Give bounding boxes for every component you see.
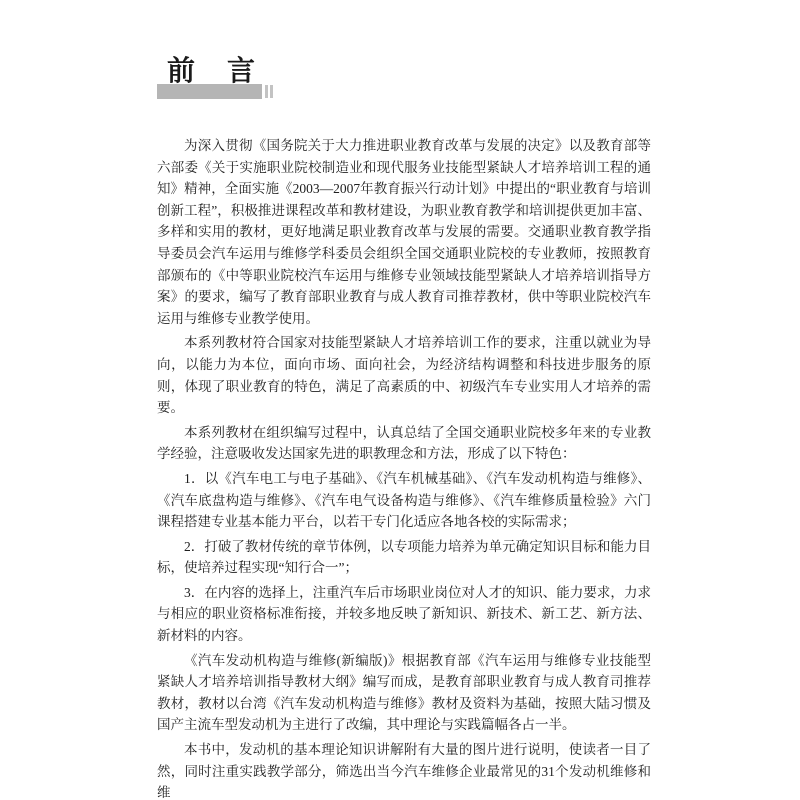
tick-mark xyxy=(265,85,268,98)
preface-body: 为深入贯彻《国务院关于大力推进职业教育改革与发展的决定》以及教育部等六部委《关于… xyxy=(157,135,651,800)
tick-mark xyxy=(270,85,273,98)
paragraph: 2．打破了教材传统的章节体例，以专项能力培养为单元确定知识目标和能力目标，使培养… xyxy=(157,536,651,579)
page-content: 前 言 为深入贯彻《国务院关于大力推进职业教育改革与发展的决定》以及教育部等六部… xyxy=(157,52,651,800)
page-title: 前 言 xyxy=(167,53,257,90)
paragraph: 《汽车发动机构造与维修(新编版)》根据教育部《汽车运用与维修专业技能型紧缺人才培… xyxy=(157,650,651,736)
title-decorative-ticks-icon xyxy=(265,85,273,98)
paragraph: 1．以《汽车电工与电子基础》、《汽车机械基础》、《汽车发动机构造与维修》、《汽车… xyxy=(157,468,651,533)
paragraph: 本系列教材在组织编写过程中，认真总结了全国交通职业院校多年来的专业教学经验，注意… xyxy=(157,422,651,465)
paragraph: 本系列教材符合国家对技能型紧缺人才培养培训工作的要求，注重以就业为导向，以能力为… xyxy=(157,332,651,418)
book-page: 前 言 为深入贯彻《国务院关于大力推进职业教育改革与发展的决定》以及教育部等六部… xyxy=(0,0,800,800)
paragraph: 为深入贯彻《国务院关于大力推进职业教育改革与发展的决定》以及教育部等六部委《关于… xyxy=(157,135,651,329)
paragraph: 本书中，发动机的基本理论知识讲解附有大量的图片进行说明，使读者一目了然，同时注重… xyxy=(157,739,651,800)
preface-title-block: 前 言 xyxy=(157,52,651,99)
paragraph: 3．在内容的选择上，注重汽车后市场职业岗位对人才的知识、能力要求，力求与相应的职… xyxy=(157,582,651,647)
